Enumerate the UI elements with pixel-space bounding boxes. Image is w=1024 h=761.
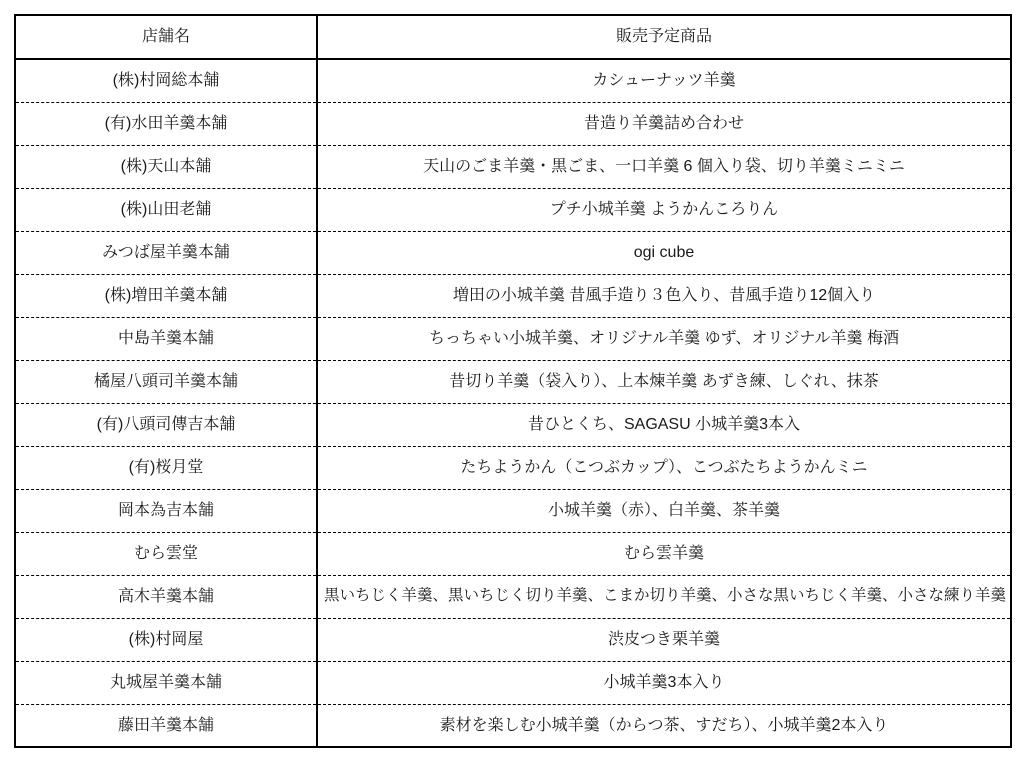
product-cell: 素材を楽しむ小城羊羹（からつ茶、すだち）、小城羊羹2本入り	[317, 704, 1011, 747]
planned-products-header-label: 販売予定商品	[616, 27, 712, 46]
product-cell: むら雲羊羹	[317, 532, 1011, 575]
store-name: (株)増田羊羹本舗	[105, 286, 228, 305]
product-cell: プチ小城羊羹 ようかんころりん	[317, 188, 1011, 231]
store-name: (有)桜月堂	[129, 458, 204, 477]
product-cell: 増田の小城羊羹 昔風手造り３色入り、昔風手造り12個入り	[317, 274, 1011, 317]
store-name: みつば屋羊羹本舗	[102, 243, 230, 262]
product-list: たちようかん（こつぶカップ）、こつぶたちようかんミニ	[460, 458, 867, 477]
product-list: 昔切り羊羹（袋入り）、上本煉羊羹 あずき練、しぐれ、抹茶	[449, 372, 878, 391]
table-row: 藤田羊羹本舗 素材を楽しむ小城羊羹（からつ茶、すだち）、小城羊羹2本入り	[15, 704, 1011, 747]
product-cell: ちっちゃい小城羊羹、オリジナル羊羹 ゆず、オリジナル羊羹 梅酒	[317, 317, 1011, 360]
store-name-header-label: 店舗名	[142, 27, 190, 46]
store-name: 高木羊羹本舗	[118, 587, 214, 606]
product-cell: カシューナッツ羊羹	[317, 59, 1011, 102]
product-cell: ogi cube	[317, 231, 1011, 274]
store-name: 橘屋八頭司羊羹本舗	[94, 372, 238, 391]
store-name: 岡本為吉本舗	[118, 501, 214, 520]
table-row: (有)水田羊羹本舗 昔造り羊羹詰め合わせ	[15, 102, 1011, 145]
product-cell: 昔造り羊羹詰め合わせ	[317, 102, 1011, 145]
product-list: 渋皮つき栗羊羹	[608, 630, 720, 649]
table-row: (株)山田老舗 プチ小城羊羹 ようかんころりん	[15, 188, 1011, 231]
table-header-row: 店舗名 販売予定商品	[15, 15, 1011, 59]
store-name: (有)水田羊羹本舗	[105, 114, 228, 133]
product-list: 増田の小城羊羹 昔風手造り３色入り、昔風手造り12個入り	[453, 286, 875, 305]
store-cell: (有)水田羊羹本舗	[15, 102, 317, 145]
product-cell: 小城羊羹3本入り	[317, 661, 1011, 704]
store-name: (株)村岡総本舗	[113, 71, 220, 90]
store-name: (株)天山本舗	[121, 157, 212, 176]
store-cell: 中島羊羹本舗	[15, 317, 317, 360]
store-cell: (株)天山本舗	[15, 145, 317, 188]
table-row: (株)天山本舗 天山のごま羊羹・黒ごま、一口羊羹 6 個入り袋、切り羊羹ミニミニ	[15, 145, 1011, 188]
table-row: 丸城屋羊羹本舗 小城羊羹3本入り	[15, 661, 1011, 704]
store-cell: 藤田羊羹本舗	[15, 704, 317, 747]
store-name: 中島羊羹本舗	[118, 329, 214, 348]
shop-products-table: 店舗名 販売予定商品 (株)村岡総本舗 カシューナッツ羊羹 (有)水田羊羹本舗 …	[14, 14, 1012, 748]
store-cell: (株)山田老舗	[15, 188, 317, 231]
table-row: (有)桜月堂 たちようかん（こつぶカップ）、こつぶたちようかんミニ	[15, 446, 1011, 489]
product-cell: 昔切り羊羹（袋入り）、上本煉羊羹 あずき練、しぐれ、抹茶	[317, 360, 1011, 403]
store-cell: 橘屋八頭司羊羹本舗	[15, 360, 317, 403]
product-cell: 昔ひとくち、SAGASU 小城羊羹3本入	[317, 403, 1011, 446]
store-cell: (株)村岡総本舗	[15, 59, 317, 102]
table-row: 中島羊羹本舗 ちっちゃい小城羊羹、オリジナル羊羹 ゆず、オリジナル羊羹 梅酒	[15, 317, 1011, 360]
table-row: (有)八頭司傳吉本舗 昔ひとくち、SAGASU 小城羊羹3本入	[15, 403, 1011, 446]
product-list: ogi cube	[634, 243, 695, 262]
product-list: 小城羊羹（赤）、白羊羹、茶羊羹	[548, 501, 780, 520]
product-cell: 黒いちじく羊羹、黒いちじく切り羊羹、こまか切り羊羹、小さな黒いちじく羊羹、小さな…	[317, 575, 1011, 618]
product-list: 昔造り羊羹詰め合わせ	[584, 114, 744, 133]
store-name: 藤田羊羹本舗	[118, 716, 214, 735]
table-row: (株)村岡総本舗 カシューナッツ羊羹	[15, 59, 1011, 102]
product-cell: 天山のごま羊羹・黒ごま、一口羊羹 6 個入り袋、切り羊羹ミニミニ	[317, 145, 1011, 188]
table-row: 高木羊羹本舗 黒いちじく羊羹、黒いちじく切り羊羹、こまか切り羊羹、小さな黒いちじ…	[15, 575, 1011, 618]
store-cell: 岡本為吉本舗	[15, 489, 317, 532]
product-list: むら雲羊羹	[624, 544, 704, 563]
product-list: 天山のごま羊羹・黒ごま、一口羊羹 6 個入り袋、切り羊羹ミニミニ	[423, 157, 905, 176]
table-row: (株)増田羊羹本舗 増田の小城羊羹 昔風手造り３色入り、昔風手造り12個入り	[15, 274, 1011, 317]
product-list: カシューナッツ羊羹	[592, 71, 735, 90]
table-row: (株)村岡屋 渋皮つき栗羊羹	[15, 618, 1011, 661]
table-row: むら雲堂 むら雲羊羹	[15, 532, 1011, 575]
store-cell: むら雲堂	[15, 532, 317, 575]
product-list: 小城羊羹3本入り	[604, 673, 725, 692]
product-cell: 小城羊羹（赤）、白羊羹、茶羊羹	[317, 489, 1011, 532]
table-row: みつば屋羊羹本舗 ogi cube	[15, 231, 1011, 274]
store-name-header: 店舗名	[15, 15, 317, 59]
store-cell: 高木羊羹本舗	[15, 575, 317, 618]
product-cell: 渋皮つき栗羊羹	[317, 618, 1011, 661]
store-name: (株)村岡屋	[129, 630, 204, 649]
product-list: 黒いちじく羊羹、黒いちじく切り羊羹、こまか切り羊羹、小さな黒いちじく羊羹、小さな…	[324, 587, 1006, 606]
store-cell: みつば屋羊羹本舗	[15, 231, 317, 274]
store-cell: 丸城屋羊羹本舗	[15, 661, 317, 704]
product-cell: たちようかん（こつぶカップ）、こつぶたちようかんミニ	[317, 446, 1011, 489]
store-cell: (株)増田羊羹本舗	[15, 274, 317, 317]
product-list: 素材を楽しむ小城羊羹（からつ茶、すだち）、小城羊羹2本入り	[440, 716, 889, 735]
product-list: ちっちゃい小城羊羹、オリジナル羊羹 ゆず、オリジナル羊羹 梅酒	[429, 329, 899, 348]
product-list: プチ小城羊羹 ようかんころりん	[550, 200, 778, 219]
table-body: (株)村岡総本舗 カシューナッツ羊羹 (有)水田羊羹本舗 昔造り羊羹詰め合わせ …	[15, 59, 1011, 747]
store-cell: (株)村岡屋	[15, 618, 317, 661]
store-cell: (有)桜月堂	[15, 446, 317, 489]
store-name: (株)山田老舗	[121, 200, 212, 219]
table-row: 橘屋八頭司羊羹本舗 昔切り羊羹（袋入り）、上本煉羊羹 あずき練、しぐれ、抹茶	[15, 360, 1011, 403]
store-cell: (有)八頭司傳吉本舗	[15, 403, 317, 446]
page: 店舗名 販売予定商品 (株)村岡総本舗 カシューナッツ羊羹 (有)水田羊羹本舗 …	[0, 0, 1024, 761]
product-list: 昔ひとくち、SAGASU 小城羊羹3本入	[528, 415, 800, 434]
store-name: 丸城屋羊羹本舗	[110, 673, 222, 692]
table-row: 岡本為吉本舗 小城羊羹（赤）、白羊羹、茶羊羹	[15, 489, 1011, 532]
planned-products-header: 販売予定商品	[317, 15, 1011, 59]
store-name: むら雲堂	[134, 544, 198, 563]
store-name: (有)八頭司傳吉本舗	[97, 415, 236, 434]
